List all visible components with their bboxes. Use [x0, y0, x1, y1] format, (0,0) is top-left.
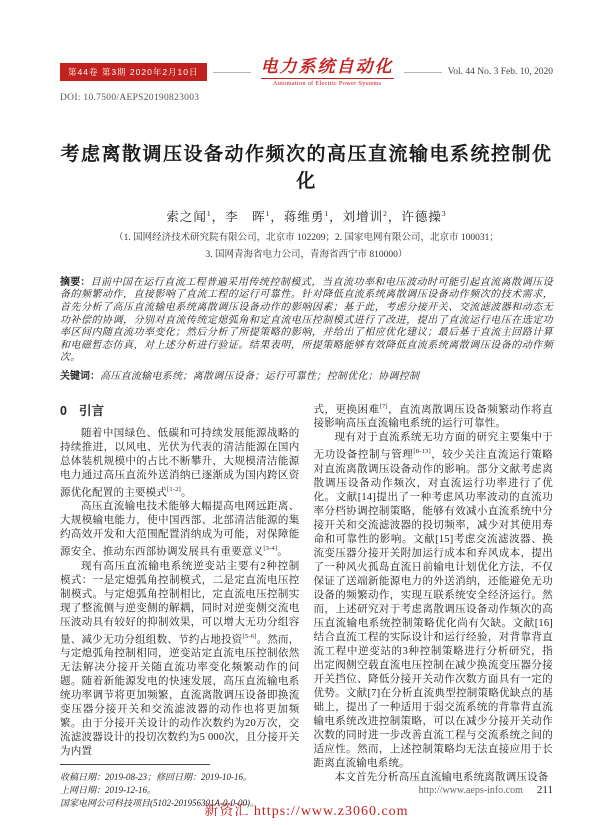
header-divider-right: [404, 72, 442, 73]
section-number: 0: [60, 404, 67, 418]
left-column: 0引言 随着中国绿色、低碳和可持续发展能源战略的持续推进，以风电、光伏为代表的清…: [60, 400, 300, 812]
paragraph: 高压直流输电技术能够大幅提高电网远距离、大规模输电能力，使中国西部、北部清洁能源…: [60, 500, 300, 560]
paragraph: 现有对于直流系统无功方面的研究主要集中于无功设备控制与管理[8-13]，较少关注…: [314, 431, 554, 771]
keywords-label: 关键词：: [60, 371, 100, 382]
journal-url: http://www.aeps-info.com: [419, 785, 523, 796]
doi: DOI: 10.7500/AEPS20190823003: [60, 93, 553, 103]
volume-info: Vol. 44 No. 3 Feb. 10, 2020: [448, 67, 553, 77]
section-heading-intro: 0引言: [60, 401, 300, 419]
section-title: 引言: [79, 404, 104, 418]
footnote-received-date: 收稿日期：2019-08-23；修回日期：2019-10-16。: [60, 771, 300, 784]
paragraph: 随着中国绿色、低碳和可持续发展能源战略的持续推进，以风电、光伏为代表的清洁能源在…: [60, 427, 300, 501]
paragraph: 现有高压直流输电系统逆变站主要有2种控制模式：一是定熄弧角控制模式，二是定直流电…: [60, 560, 300, 760]
right-column: 式，更换困难[7]，直流离散调压设备频繁动作将直接影响高压直流输电系统的运行可靠…: [314, 400, 554, 812]
page-number: 211: [537, 784, 553, 796]
page-footer: http://www.aeps-info.com211: [419, 784, 553, 796]
journal-header: 第44卷 第3期 2020年2月10日 电力系统自动化 Automation o…: [60, 58, 553, 103]
abstract: 摘要：目前中国在运行直流工程普遍采用传统控制模式，当直流功率和电压波动时可能引起…: [60, 277, 553, 365]
header-divider-left: [213, 72, 251, 73]
abstract-text: 目前中国在运行直流工程普遍采用传统控制模式，当直流功率和电压波动时可能引起直流离…: [60, 277, 553, 364]
paragraph: 本文首先分析高压直流输电系统离散调压设备: [314, 771, 554, 785]
affiliation-line-1: （1. 国网经济技术研究院有限公司，北京市 102209；2. 国家电网有限公司…: [60, 232, 553, 245]
issue-badge: 第44卷 第3期 2020年2月10日: [60, 63, 207, 81]
page-title: 考虑离散调压设备动作频次的高压直流输电系统控制优化: [60, 139, 553, 193]
journal-name-en: Automation of Electric Power Systems: [261, 78, 394, 87]
journal-logo: 电力系统自动化 Automation of Electric Power Sys…: [257, 58, 398, 87]
two-column-body: 0引言 随着中国绿色、低碳和可持续发展能源战略的持续推进，以风电、光伏为代表的清…: [60, 400, 553, 812]
journal-page: 第44卷 第3期 2020年2月10日 电力系统自动化 Automation o…: [0, 0, 613, 825]
keywords-text: 高压直流输电系统；离散调压设备；运行可靠性；控制优化；协调控制: [100, 371, 419, 382]
watermark-text: 新资汇 https://www.z3060.com: [0, 800, 613, 820]
authors-line: 索之闻1，李 晖1，蒋维勇1，刘增训2，许德操3: [60, 207, 553, 225]
footnote-online-date: 上网日期：2019-12-16。: [60, 784, 300, 797]
paragraph: 式，更换困难[7]，直流离散调压设备频繁动作将直接影响高压直流输电系统的运行可靠…: [314, 400, 554, 432]
abstract-label: 摘要：: [60, 277, 91, 288]
journal-name-cn: 电力系统自动化: [261, 58, 394, 77]
keywords: 关键词：高压直流输电系统；离散调压设备；运行可靠性；控制优化；协调控制: [60, 370, 553, 383]
header-row: 第44卷 第3期 2020年2月10日 电力系统自动化 Automation o…: [60, 58, 553, 87]
footnote-rule: [60, 764, 210, 765]
affiliation-line-2: 3. 国网青海省电力公司，青海省西宁市 810000）: [60, 249, 553, 262]
